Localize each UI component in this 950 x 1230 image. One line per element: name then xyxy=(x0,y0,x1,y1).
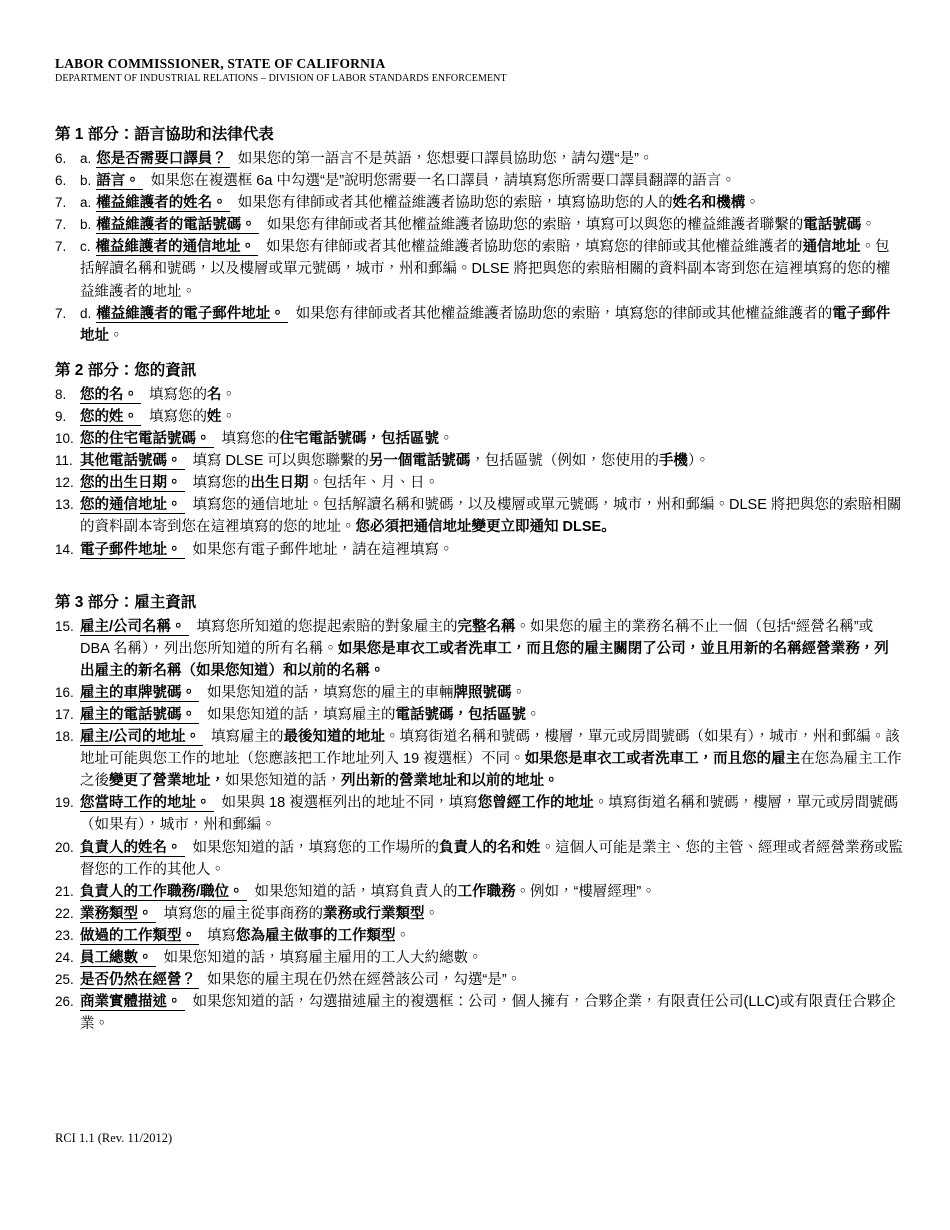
item-label: 您的住宅電話號碼。 xyxy=(80,431,214,448)
item-segment: 如果您有律師或者其他權益維護者協助您的索賠，填寫協助您的人的 xyxy=(238,195,673,211)
item-text: 雇主的電話號碼。如果您知道的話，填寫雇主的電話號碼，包括區號。 xyxy=(80,704,903,726)
item-segment: 。 xyxy=(439,431,454,447)
item-subletter: b. xyxy=(80,173,91,188)
item-label: 您的名。 xyxy=(80,387,141,404)
item-segment: 電話號碼，包括區號 xyxy=(396,707,527,723)
item-number: 19. xyxy=(55,792,80,836)
item-label: 權益維護者的姓名。 xyxy=(96,195,230,212)
item-segment: 填寫您的 xyxy=(193,475,251,491)
instruction-item: 20.負責人的姓名。如果您知道的話，填寫您的工作場所的負責人的名和姓。這個人可能… xyxy=(55,837,903,881)
item-label: 其他電話號碼。 xyxy=(80,453,185,470)
item-text: 您的姓。填寫您的姓。 xyxy=(80,406,903,428)
item-number: 24. xyxy=(55,947,80,969)
item-segment: 如果您知道的話，填寫雇主雇用的工人大約總數。 xyxy=(164,950,483,966)
item-subletter: b. xyxy=(80,217,91,232)
item-segment: 。 xyxy=(861,217,876,233)
instruction-item: 7.a.權益維護者的姓名。如果您有律師或者其他權益維護者協助您的索賠，填寫協助您… xyxy=(55,192,903,214)
item-segment: 如果您有律師或者其他權益維護者協助您的索賠，填寫您的律師或其他權益維護者的 xyxy=(266,239,803,255)
item-text: 負責人的姓名。如果您知道的話，填寫您的工作場所的負責人的名和姓。這個人可能是業主… xyxy=(80,837,903,881)
item-label: 雇主的車牌號碼。 xyxy=(80,685,199,702)
item-segment: 通信地址 xyxy=(803,239,861,255)
item-number: 7. xyxy=(55,192,80,214)
item-label: 負責人的姓名。 xyxy=(80,840,185,857)
item-segment: 您曾經工作的地址 xyxy=(478,795,594,811)
item-number: 15. xyxy=(55,616,80,682)
item-segment: 住宅電話號碼，包括區號 xyxy=(280,431,440,447)
item-text: 員工總數。如果您知道的話，填寫雇主雇用的工人大約總數。 xyxy=(80,947,903,969)
instruction-item: 18.雇主/公司的地址。填寫雇主的最後知道的地址。填寫街道名稱和號碼，樓層，單元… xyxy=(55,726,903,792)
item-text: a.您是否需要口譯員？如果您的第一語言不是英語，您想要口譯員協助您，請勾選“是”… xyxy=(80,148,903,170)
instruction-item: 21.負責人的工作職務/職位。如果您知道的話，填寫負責人的工作職務。例如，“樓層… xyxy=(55,881,903,903)
instruction-item: 13.您的通信地址。填寫您的通信地址。包括解讀名稱和號碼，以及樓層或單元號碼，城… xyxy=(55,494,903,538)
item-segment: 。包括年、月、日。 xyxy=(309,475,440,491)
document-page: LABOR COMMISSIONER, STATE OF CALIFORNIA … xyxy=(0,0,950,1230)
document-header: LABOR COMMISSIONER, STATE OF CALIFORNIA … xyxy=(55,55,903,85)
instruction-item: 9.您的姓。填寫您的姓。 xyxy=(55,406,903,428)
item-number: 17. xyxy=(55,704,80,726)
section-heading: 第 3 部分：雇主資訊 xyxy=(55,592,903,614)
item-segment: 填寫您的 xyxy=(222,431,280,447)
item-number: 18. xyxy=(55,726,80,792)
item-number: 11. xyxy=(55,450,80,472)
item-number: 7. xyxy=(55,236,80,302)
instruction-item: 6.a.您是否需要口譯員？如果您的第一語言不是英語，您想要口譯員協助您，請勾選“… xyxy=(55,148,903,170)
item-text: 您的出生日期。填寫您的出生日期。包括年、月、日。 xyxy=(80,472,903,494)
item-segment: 。 xyxy=(109,328,124,344)
item-segment: 最後知道的地址 xyxy=(284,729,386,745)
item-number: 21. xyxy=(55,881,80,903)
item-segment: 。 xyxy=(512,685,527,701)
item-label: 是否仍然在經營？ xyxy=(80,972,199,989)
item-segment: 如果您有律師或者其他權益維護者協助您的索賠，填寫可以與您的權益維護者聯繫的 xyxy=(267,217,804,233)
item-label: 您的通信地址。 xyxy=(80,497,185,514)
item-segment: 您必須把通信地址變更立即通知 DLSE。 xyxy=(356,519,616,535)
instruction-item: 26.商業實體描述。如果您知道的話，勾選描述雇主的複選框：公司，個人擁有，合夥企… xyxy=(55,991,903,1035)
item-segment: 如果您有電子郵件地址，請在這裡填寫。 xyxy=(193,542,454,558)
instructions-list: 第 1 部分：語言協助和法律代表6.a.您是否需要口譯員？如果您的第一語言不是英… xyxy=(55,124,903,1035)
instruction-item: 24.員工總數。如果您知道的話，填寫雇主雇用的工人大約總數。 xyxy=(55,947,903,969)
item-label: 做過的工作類型。 xyxy=(80,928,199,945)
item-label: 商業實體描述。 xyxy=(80,994,185,1011)
item-text: a.權益維護者的姓名。如果您有律師或者其他權益維護者協助您的索賠，填寫協助您的人… xyxy=(80,192,903,214)
instruction-item: 19.您當時工作的地址。如果與 18 複選框列出的地址不同，填寫您曾經工作的地址… xyxy=(55,792,903,836)
item-segment: 負責人的名和姓 xyxy=(439,840,541,856)
item-segment: 填寫您的 xyxy=(149,387,207,403)
item-segment: 填寫雇主的 xyxy=(211,729,284,745)
item-text: 電子郵件地址。如果您有電子郵件地址，請在這裡填寫。 xyxy=(80,539,903,561)
instruction-item: 15.雇主/公司名稱。填寫您所知道的您提起索賠的對象雇主的完整名稱。如果您的雇主… xyxy=(55,616,903,682)
instruction-item: 6.b.語言。如果您在複選框 6a 中勾選“是”說明您需要一名口譯員，請填寫您所… xyxy=(55,170,903,192)
item-text: 負責人的工作職務/職位。如果您知道的話，填寫負責人的工作職務。例如，“樓層經理”… xyxy=(80,881,903,903)
item-segment: 完整名稱 xyxy=(458,619,516,635)
item-segment: 。 xyxy=(425,906,440,922)
item-label: 負責人的工作職務/職位。 xyxy=(80,884,247,901)
item-label: 語言。 xyxy=(96,173,143,190)
item-number: 13. xyxy=(55,494,80,538)
item-number: 14. xyxy=(55,539,80,561)
item-segment: 。例如，“樓層經理”。 xyxy=(516,884,656,900)
item-segment: ）。 xyxy=(688,453,710,469)
item-segment: 出生日期 xyxy=(251,475,309,491)
item-segment: 電話號碼 xyxy=(803,217,861,233)
section: 第 3 部分：雇主資訊15.雇主/公司名稱。填寫您所知道的您提起索賠的對象雇主的… xyxy=(55,592,903,1036)
item-label: 權益維護者的電子郵件地址。 xyxy=(96,306,288,323)
item-number: 7. xyxy=(55,214,80,236)
item-label: 員工總數。 xyxy=(80,950,156,967)
item-segment: 名 xyxy=(207,387,222,403)
item-text: b.語言。如果您在複選框 6a 中勾選“是”說明您需要一名口譯員，請填寫您所需要… xyxy=(80,170,903,192)
item-segment: 填寫您的 xyxy=(149,409,207,425)
item-label: 您的姓。 xyxy=(80,409,141,426)
section-heading: 第 1 部分：語言協助和法律代表 xyxy=(55,124,903,146)
item-text: 是否仍然在經營？如果您的雇主現在仍然在經營該公司，勾選“是”。 xyxy=(80,969,903,991)
item-text: 您的住宅電話號碼。填寫您的住宅電話號碼，包括區號。 xyxy=(80,428,903,450)
form-revision-code: RCI 1.1 (Rev. 11/2012) xyxy=(55,1131,172,1146)
item-number: 16. xyxy=(55,682,80,704)
instruction-item: 25.是否仍然在經營？如果您的雇主現在仍然在經營該公司，勾選“是”。 xyxy=(55,969,903,991)
item-subletter: d. xyxy=(80,306,91,321)
item-number: 10. xyxy=(55,428,80,450)
item-segment: 業務或行業類型 xyxy=(323,906,425,922)
agency-title: LABOR COMMISSIONER, STATE OF CALIFORNIA xyxy=(55,55,903,72)
item-segment: 。 xyxy=(526,707,541,723)
item-segment: 如果您的第一語言不是英語，您想要口譯員協助您，請勾選“是”。 xyxy=(238,151,654,167)
instruction-item: 16.雇主的車牌號碼。如果您知道的話，填寫您的雇主的車輛牌照號碼。 xyxy=(55,682,903,704)
item-segment: 如果您知道的話，填寫您的雇主的車輛 xyxy=(207,685,454,701)
item-text: 您的名。填寫您的名。 xyxy=(80,384,903,406)
item-segment: 。 xyxy=(396,928,411,944)
instruction-item: 14.電子郵件地址。如果您有電子郵件地址，請在這裡填寫。 xyxy=(55,539,903,561)
item-label: 電子郵件地址。 xyxy=(80,542,185,559)
document-content: LABOR COMMISSIONER, STATE OF CALIFORNIA … xyxy=(55,55,903,1035)
item-segment: 填寫 DLSE 可以與您聯繫的 xyxy=(193,453,369,469)
item-segment: 如果您是車衣工或者洗車工，而且您的雇主 xyxy=(525,751,801,767)
item-segment: 列出新的營業地址和以前的地址。 xyxy=(341,773,559,789)
item-text: 做過的工作類型。填寫您為雇主做事的工作類型。 xyxy=(80,925,903,947)
instruction-item: 22.業務類型。填寫您的雇主從事商務的業務或行業類型。 xyxy=(55,903,903,925)
item-number: 6. xyxy=(55,170,80,192)
item-label: 雇主/公司的地址。 xyxy=(80,729,203,746)
item-number: 22. xyxy=(55,903,80,925)
item-segment: 填寫您所知道的您提起索賠的對象雇主的 xyxy=(197,619,458,635)
item-segment: ，包括區號（例如，您使用的 xyxy=(470,453,659,469)
item-segment: 姓 xyxy=(207,409,222,425)
item-text: 業務類型。填寫您的雇主從事商務的業務或行業類型。 xyxy=(80,903,903,925)
item-segment: 工作職務 xyxy=(458,884,516,900)
item-subletter: a. xyxy=(80,151,91,166)
instruction-item: 8.您的名。填寫您的名。 xyxy=(55,384,903,406)
item-segment: 如果您知道的話，勾選描述雇主的複選框：公司，個人擁有，合夥企業，有限責任公司(L… xyxy=(80,994,896,1032)
item-label: 您當時工作的地址。 xyxy=(80,795,214,812)
item-text: b.權益維護者的電話號碼。如果您有律師或者其他權益維護者協助您的索賠，填寫可以與… xyxy=(80,214,903,236)
instruction-item: 12.您的出生日期。填寫您的出生日期。包括年、月、日。 xyxy=(55,472,903,494)
item-segment: 如果您在複選框 6a 中勾選“是”說明您需要一名口譯員，請填寫您所需要口譯員翻譯… xyxy=(151,173,736,189)
item-text: 雇主/公司名稱。填寫您所知道的您提起索賠的對象雇主的完整名稱。如果您的雇主的業務… xyxy=(80,616,903,682)
item-label: 業務類型。 xyxy=(80,906,156,923)
item-segment: 。 xyxy=(222,387,237,403)
item-subletter: a. xyxy=(80,195,91,210)
item-number: 23. xyxy=(55,925,80,947)
instruction-item: 11.其他電話號碼。填寫 DLSE 可以與您聯繫的另一個電話號碼，包括區號（例如… xyxy=(55,450,903,472)
section: 第 2 部分：您的資訊8.您的名。填寫您的名。9.您的姓。填寫您的姓。10.您的… xyxy=(55,360,903,561)
item-label: 權益維護者的電話號碼。 xyxy=(96,217,259,234)
item-segment: 填寫 xyxy=(207,928,236,944)
item-label: 權益維護者的通信地址。 xyxy=(96,239,259,256)
item-segment: 手機 xyxy=(659,453,688,469)
section: 第 1 部分：語言協助和法律代表6.a.您是否需要口譯員？如果您的第一語言不是英… xyxy=(55,124,903,347)
item-text: d.權益維護者的電子郵件地址。如果您有律師或者其他權益維護者協助您的索賠，填寫您… xyxy=(80,303,903,347)
item-label: 雇主/公司名稱。 xyxy=(80,619,189,636)
item-number: 7. xyxy=(55,303,80,347)
item-text: 您的通信地址。填寫您的通信地址。包括解讀名稱和號碼，以及樓層或單元號碼，城市，州… xyxy=(80,494,903,538)
item-segment: 。 xyxy=(745,195,760,211)
item-segment: 另一個電話號碼 xyxy=(369,453,471,469)
section-heading: 第 2 部分：您的資訊 xyxy=(55,360,903,382)
instruction-item: 7.b.權益維護者的電話號碼。如果您有律師或者其他權益維護者協助您的索賠，填寫可… xyxy=(55,214,903,236)
item-text: 雇主/公司的地址。填寫雇主的最後知道的地址。填寫街道名稱和號碼，樓層，單元或房間… xyxy=(80,726,903,792)
item-segment: 姓名和機構 xyxy=(673,195,746,211)
item-label: 雇主的電話號碼。 xyxy=(80,707,199,724)
instruction-item: 23.做過的工作類型。填寫您為雇主做事的工作類型。 xyxy=(55,925,903,947)
item-text: 雇主的車牌號碼。如果您知道的話，填寫您的雇主的車輛牌照號碼。 xyxy=(80,682,903,704)
item-segment: 如果您有律師或者其他權益維護者協助您的索賠，填寫您的律師或其他權益維護者的 xyxy=(296,306,833,322)
item-label: 您是否需要口譯員？ xyxy=(96,151,230,168)
item-label: 您的出生日期。 xyxy=(80,475,185,492)
item-number: 26. xyxy=(55,991,80,1035)
item-segment: 。 xyxy=(222,409,237,425)
item-number: 12. xyxy=(55,472,80,494)
item-segment: 如果您知道的話，填寫負責人的 xyxy=(255,884,458,900)
instruction-item: 10.您的住宅電話號碼。填寫您的住宅電話號碼，包括區號。 xyxy=(55,428,903,450)
item-number: 25. xyxy=(55,969,80,991)
item-subletter: c. xyxy=(80,239,91,254)
instruction-item: 7.c.權益維護者的通信地址。如果您有律師或者其他權益維護者協助您的索賠，填寫您… xyxy=(55,236,903,302)
item-number: 20. xyxy=(55,837,80,881)
item-segment: 您為雇主做事的工作類型 xyxy=(236,928,396,944)
item-segment: 如果與 18 複選框列出的地址不同，填寫 xyxy=(222,795,478,811)
agency-subtitle: DEPARTMENT OF INDUSTRIAL RELATIONS – DIV… xyxy=(55,72,903,85)
item-segment: 如果您知道的話， xyxy=(225,773,341,789)
item-text: 其他電話號碼。填寫 DLSE 可以與您聯繫的另一個電話號碼，包括區號（例如，您使… xyxy=(80,450,903,472)
item-number: 8. xyxy=(55,384,80,406)
item-segment: 變更了營業地址， xyxy=(109,773,225,789)
instruction-item: 7.d.權益維護者的電子郵件地址。如果您有律師或者其他權益維護者協助您的索賠，填… xyxy=(55,303,903,347)
item-text: 您當時工作的地址。如果與 18 複選框列出的地址不同，填寫您曾經工作的地址。填寫… xyxy=(80,792,903,836)
item-text: c.權益維護者的通信地址。如果您有律師或者其他權益維護者協助您的索賠，填寫您的律… xyxy=(80,236,903,302)
item-segment: 如果您知道的話，填寫您的工作場所的 xyxy=(193,840,440,856)
item-number: 9. xyxy=(55,406,80,428)
item-segment: 填寫您的雇主從事商務的 xyxy=(164,906,324,922)
instruction-item: 17.雇主的電話號碼。如果您知道的話，填寫雇主的電話號碼，包括區號。 xyxy=(55,704,903,726)
item-number: 6. xyxy=(55,148,80,170)
item-segment: 牌照號碼 xyxy=(454,685,512,701)
item-text: 商業實體描述。如果您知道的話，勾選描述雇主的複選框：公司，個人擁有，合夥企業，有… xyxy=(80,991,903,1035)
item-segment: 如果您知道的話，填寫雇主的 xyxy=(207,707,396,723)
item-segment: 如果您的雇主現在仍然在經營該公司，勾選“是”。 xyxy=(207,972,521,988)
